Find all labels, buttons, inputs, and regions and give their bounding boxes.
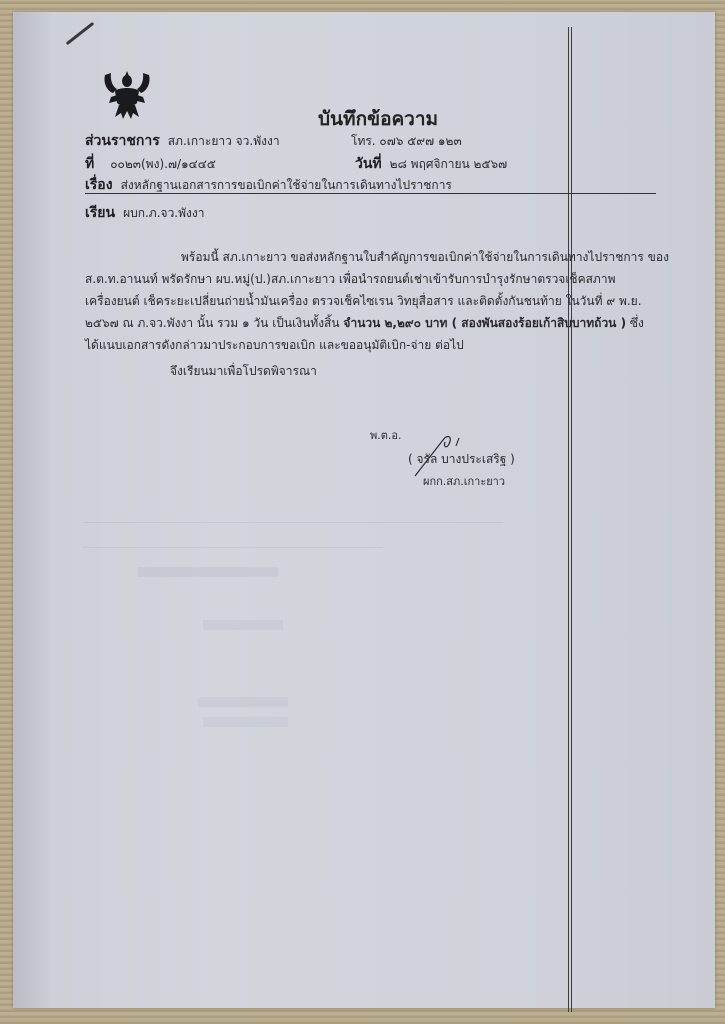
- subject-label: เรื่อง: [85, 177, 113, 193]
- bleed-through-line: [83, 522, 503, 523]
- body-paragraph: พร้อมนี้ สภ.เกาะยาว ขอส่งหลักฐานใบสำคัญก…: [85, 246, 565, 356]
- body-line-text: ๒๕๖๗ ณ ภ.จว.พังงา นั้น รวม ๑ วัน เป็นเงิ…: [85, 316, 340, 330]
- memo-paper: บันทึกข้อความ ส่วนราชการสภ.เกาะยาว จว.พั…: [13, 12, 715, 1008]
- reference-label: ที่: [85, 156, 94, 172]
- body-line: เครื่องยนต์ เช็คระยะเปลี่ยนถ่ายน้ำมันเคร…: [85, 290, 565, 312]
- signer-rank: พ.ต.อ.: [370, 426, 402, 444]
- signer-name: ( จรัล บางประเสริฐ ): [408, 450, 515, 469]
- department-value: สภ.เกาะยาว จว.พังงา: [168, 134, 280, 148]
- phone-text: โทร. ๐๗๖ ๕๙๗ ๑๒๓: [351, 132, 462, 151]
- pen-mark: [66, 22, 95, 45]
- bleed-through-text: [198, 697, 288, 707]
- memo-title: บันทึกข้อความ: [318, 104, 438, 134]
- bleed-through-text: [203, 620, 283, 630]
- subject-value: ส่งหลักฐานเอกสารการขอเบิกค่าใช้จ่ายในการ…: [121, 178, 452, 192]
- body-line: ได้แนบเอกสารดังกล่าวมาประกอบการขอเบิก แล…: [85, 334, 565, 356]
- garuda-emblem-icon: [101, 67, 153, 123]
- department-label: ส่วนราชการ: [85, 133, 160, 149]
- vertical-fold-line: [568, 27, 572, 1012]
- body-line-amount: ๒๕๖๗ ณ ภ.จว.พังงา นั้น รวม ๑ วัน เป็นเงิ…: [85, 312, 565, 334]
- reference-value: ๐๐๒๓(พง).๗/๑๔๔๕: [110, 157, 216, 171]
- body-line: ส.ต.ท.อานนท์ พรัดรักษา ผบ.หมู่(ป.)สภ.เกา…: [85, 268, 565, 290]
- body-line: พร้อมนี้ สภ.เกาะยาว ขอส่งหลักฐานใบสำคัญก…: [85, 246, 565, 268]
- date-label: วันที่: [355, 156, 382, 172]
- amount-tail: ซึ่ง: [626, 316, 644, 330]
- header-rule: [85, 193, 656, 194]
- recipient-row: เรียนผบก.ภ.จว.พังงา: [85, 202, 204, 224]
- recipient-label: เรียน: [85, 205, 115, 221]
- recipient-value: ผบก.ภ.จว.พังงา: [123, 206, 204, 220]
- department-row: ส่วนราชการสภ.เกาะยาว จว.พังงา: [85, 130, 280, 152]
- reference-row: ที่๐๐๒๓(พง).๗/๑๔๔๕: [85, 153, 216, 175]
- bleed-through-text: [203, 717, 288, 727]
- signer-position: ผกก.สภ.เกาะยาว: [423, 472, 505, 490]
- bleed-through-line: [83, 547, 383, 548]
- date-row: วันที่๒๘ พฤศจิกายน ๒๕๖๗: [355, 153, 507, 175]
- date-value: ๒๘ พฤศจิกายน ๒๕๖๗: [390, 157, 508, 171]
- amount-text: จำนวน ๒,๒๙๐ บาท ( สองพันสองร้อยเก้าสิบบา…: [343, 316, 626, 330]
- closing-text: จึงเรียนมาเพื่อโปรดพิจารณา: [170, 362, 317, 381]
- bleed-through-text: [138, 567, 278, 577]
